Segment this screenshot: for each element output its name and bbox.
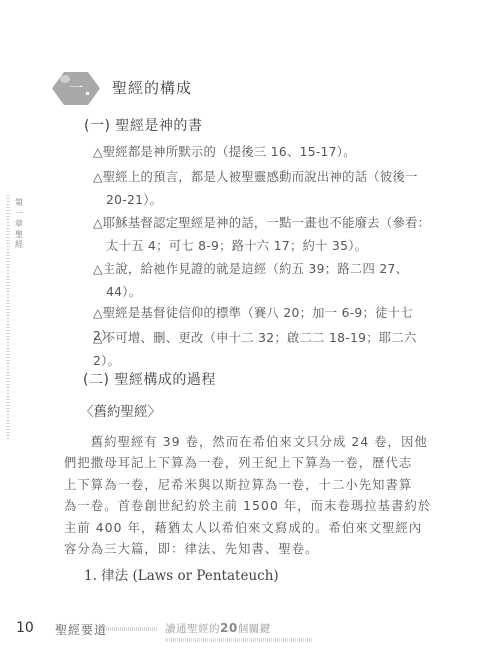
section-heading-1: (一) 聖經是神的書: [84, 115, 202, 135]
paragraph-line: 為一卷。首卷創世紀約於主前 1500 年，而末卷瑪拉基書約於: [64, 496, 436, 517]
old-testament-paragraph: 舊約聖經有 39 卷，然而在希伯來文只分成 24 卷，因他 們把撒母耳記上下算為…: [64, 432, 436, 560]
bullet-line: △聖經都是神所默示的（提後三 16、15-17）。: [93, 145, 356, 159]
paragraph-line: 們把撒母耳記上下算為一卷，列王紀上下算為一卷，歷代志: [64, 453, 436, 474]
law-subsection-title: 1. 律法 (Laws or Pentateuch): [84, 564, 279, 584]
subtitle-text: 讀通聖經的: [165, 623, 220, 635]
bullet-line-continued: 44）。: [93, 281, 438, 304]
bullet-item: △耶穌基督認定聖經是神的話，一點一畫也不能廢去（參看： 太十五 4；可七 8-9…: [93, 212, 438, 258]
bullet-line: △聖經上的預言，都是人被聖靈感動而說出神的話（彼後一: [93, 170, 418, 184]
section-heading-2: (二) 聖經構成的過程: [83, 369, 216, 389]
chapter-badge-hexagon: 一: [52, 72, 100, 105]
chapter-title: 聖經的構成: [112, 77, 192, 98]
footer-dashed-rule: [100, 627, 158, 631]
bullet-line-continued: 太十五 4；可七 8-9；路十六 17；約十 35）。: [93, 235, 438, 258]
side-label-char: 聖: [14, 230, 24, 241]
side-label-char: 第: [14, 198, 24, 209]
page-number: 10: [16, 620, 34, 636]
bullet-item: △主說，給祂作見證的就是這經（約五 39；路二四 27、 44）。: [93, 258, 438, 304]
footer-book-subtitle: 讀通聖經的20個關鍵: [165, 621, 271, 636]
subtitle-number: 20: [220, 621, 238, 635]
subtitle-text: 個關鍵: [238, 623, 271, 635]
side-label-char: 章: [14, 219, 24, 230]
bullet-item: △聖經都是神所默示的（提後三 16、15-17）。: [93, 141, 438, 164]
bullet-line: △不可增、刪、更改（申十二 32；啟二二 18-19；耶二六 2）。: [93, 331, 417, 368]
bullet-item: △不可增、刪、更改（申十二 32；啟二二 18-19；耶二六 2）。: [93, 327, 438, 373]
footer-dashed-underline: [165, 638, 313, 642]
bullet-line: △耶穌基督認定聖經是神的話，一點一畫也不能廢去（參看：: [93, 216, 430, 230]
bullet-line: △主說，給祂作見證的就是這經（約五 39；路二四 27、: [93, 262, 408, 276]
paragraph-line: 舊約聖經有 39 卷，然而在希伯來文只分成 24 卷，因他: [64, 432, 436, 453]
paragraph-line: 容分為三大篇，即：律法、先知書、聖卷。: [64, 539, 436, 560]
side-chapter-label: 第 一 章 聖 經: [14, 198, 24, 251]
old-testament-label: 〈舊約聖經〉: [80, 400, 161, 420]
side-label-char: 經: [14, 240, 24, 251]
chapter-badge-number: 一: [52, 78, 100, 98]
bullet-item: △聖經上的預言，都是人被聖靈感動而說出神的話（彼後一 20-21）。: [93, 166, 438, 212]
paragraph-line: 主前 400 年，藉猶太人以希伯來文寫成的。希伯來文聖經內: [64, 518, 436, 539]
side-dashed-rule: [6, 195, 10, 440]
side-label-char: 一: [14, 209, 24, 220]
badge-dot: [86, 92, 89, 95]
paragraph-line: 上下算為一卷，尼希米與以斯拉算為一卷，十二小先知書算: [64, 475, 436, 496]
bullet-line-continued: 20-21）。: [93, 189, 438, 212]
